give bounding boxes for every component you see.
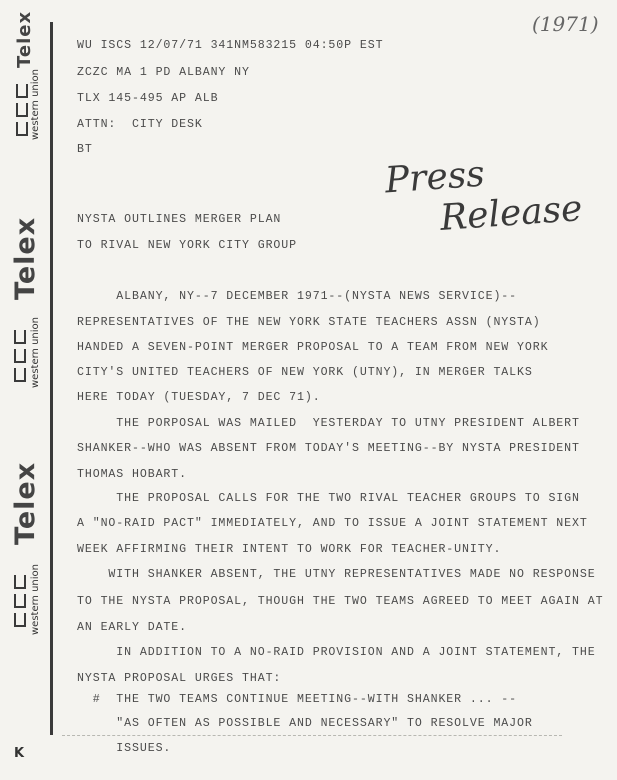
body-line: "AS OFTEN AS POSSIBLE AND NECESSARY" TO …: [77, 717, 533, 730]
header-line-bt: BT: [77, 143, 93, 156]
telex-margin-strip: Telex western union Telex western union …: [0, 0, 50, 780]
header-line-attn: ATTN: CITY DESK: [77, 118, 203, 131]
header-line-zczc: ZCZC MA 1 PD ALBANY NY: [77, 66, 250, 79]
body-line: CITY'S UNITED TEACHERS OF NEW YORK (UTNY…: [77, 366, 533, 379]
telex-brand-word: Telex: [14, 11, 35, 68]
telex-brand-word: Telex: [10, 217, 41, 300]
bottom-dashed-rule: [62, 735, 562, 737]
western-union-label: western union: [30, 317, 41, 388]
body-line: IN ADDITION TO A NO-RAID PROVISION AND A…: [77, 646, 596, 659]
body-line: AN EARLY DATE.: [77, 621, 187, 634]
body-line: TO THE NYSTA PROPOSAL, THOUGH THE TWO TE…: [77, 595, 603, 608]
body-line: ALBANY, NY--7 DECEMBER 1971--(NYSTA NEWS…: [77, 290, 517, 303]
body-line: THE PORPOSAL WAS MAILED YESTERDAY TO UTN…: [77, 417, 580, 430]
body-line: # THE TWO TEAMS CONTINUE MEETING--WITH S…: [77, 693, 517, 706]
western-union-label: western union: [30, 69, 41, 140]
body-line: THE PROPOSAL CALLS FOR THE TWO RIVAL TEA…: [77, 492, 580, 505]
headline-line-2: TO RIVAL NEW YORK CITY GROUP: [77, 239, 297, 252]
body-line: ISSUES.: [77, 742, 171, 755]
body-line: THOMAS HOBART.: [77, 468, 187, 481]
western-union-logo-icon: [14, 575, 28, 627]
handwritten-release: Release: [439, 189, 584, 239]
footer-mark: K: [14, 746, 24, 761]
western-union-logo-icon: [16, 84, 30, 136]
handwritten-year: (1971): [532, 12, 599, 36]
header-line-tlx: TLX 145-495 AP ALB: [77, 92, 218, 105]
body-line: HERE TODAY (TUESDAY, 7 DEC 71).: [77, 391, 321, 404]
telex-brand-word: Telex: [10, 462, 41, 545]
body-line: HANDED A SEVEN-POINT MERGER PROPOSAL TO …: [77, 341, 548, 354]
body-line: A "NO-RAID PACT" IMMEDIATELY, AND TO ISS…: [77, 517, 588, 530]
western-union-label: western union: [30, 564, 41, 635]
margin-vertical-rule: [50, 22, 53, 735]
body-line: WITH SHANKER ABSENT, THE UTNY REPRESENTA…: [77, 568, 596, 581]
headline-line-1: NYSTA OUTLINES MERGER PLAN: [77, 213, 281, 226]
telex-page: Telex western union Telex western union …: [0, 0, 617, 780]
body-line: SHANKER--WHO WAS ABSENT FROM TODAY'S MEE…: [77, 442, 580, 455]
body-line: WEEK AFFIRMING THEIR INTENT TO WORK FOR …: [77, 543, 501, 556]
header-line-wu: WU ISCS 12/07/71 341NM583215 04:50P EST: [77, 39, 383, 52]
body-line: REPRESENTATIVES OF THE NEW YORK STATE TE…: [77, 316, 541, 329]
western-union-logo-icon: [14, 330, 28, 382]
handwritten-press: Press: [384, 155, 486, 202]
body-line: NYSTA PROPOSAL URGES THAT:: [77, 672, 281, 685]
